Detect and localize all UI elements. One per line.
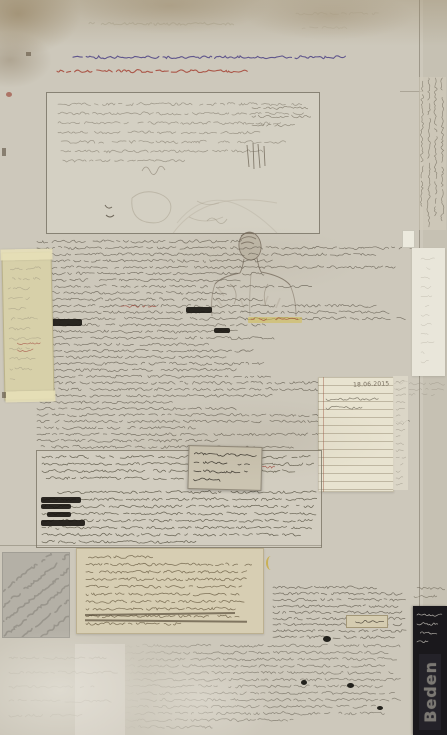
strip-pencil-notes bbox=[7, 263, 50, 384]
note-date: 18.06.2015 bbox=[353, 380, 390, 388]
redaction-mark bbox=[186, 307, 212, 313]
dream-log-box bbox=[46, 92, 320, 234]
black-spine-strip: Beden bbox=[413, 606, 447, 735]
redaction-mark bbox=[41, 504, 71, 509]
redaction-mark bbox=[41, 497, 81, 503]
spine-white-notes bbox=[416, 610, 443, 646]
scribble-sketch-square bbox=[2, 552, 70, 638]
highlighted-word-chip bbox=[346, 615, 388, 628]
small-white-label bbox=[402, 230, 415, 248]
spine-word: Beden bbox=[421, 661, 440, 723]
taped-grey-note bbox=[187, 445, 262, 491]
ink-blot bbox=[301, 680, 307, 685]
beige-note-card bbox=[76, 548, 264, 634]
vertical-writing-strip bbox=[419, 77, 446, 230]
diagonal-scribbles bbox=[2, 552, 70, 638]
journal-page-photo: 18.06.2015 bbox=[0, 0, 447, 735]
edge-speck bbox=[26, 52, 31, 56]
ink-blot bbox=[323, 636, 331, 642]
faint-ghost-cursive bbox=[88, 16, 238, 30]
divider-rule bbox=[0, 545, 322, 546]
white-strip-marks bbox=[420, 254, 438, 366]
lined-note-card: 18.06.2015 bbox=[318, 377, 394, 492]
lower-right-paragraph bbox=[272, 584, 410, 640]
tiny-text-marks bbox=[395, 378, 406, 488]
spine-label-box: Beden bbox=[419, 654, 441, 730]
note-above-spine bbox=[413, 584, 445, 600]
bottom-paragraph bbox=[123, 642, 410, 730]
card-handwriting bbox=[85, 553, 255, 627]
red-ink-words bbox=[250, 316, 300, 322]
dream-log-sketch bbox=[47, 93, 319, 233]
redaction-mark bbox=[41, 520, 85, 526]
red-ink-words bbox=[120, 303, 160, 309]
red-speck bbox=[6, 92, 12, 97]
vertical-writing bbox=[419, 77, 446, 230]
edge-speck bbox=[2, 392, 6, 398]
edge-speck bbox=[2, 148, 6, 156]
header-line-blue-ink bbox=[72, 50, 347, 63]
chip-handwriting bbox=[350, 618, 384, 625]
paragraph-box bbox=[36, 450, 322, 548]
ink-blot bbox=[377, 706, 383, 710]
ink-blot bbox=[347, 683, 354, 688]
tape-piece bbox=[0, 248, 52, 260]
yellow-paren-mark bbox=[266, 556, 276, 570]
taped-note-handwriting bbox=[193, 449, 258, 485]
redaction-mark bbox=[47, 512, 71, 517]
strip-red-notes bbox=[16, 339, 40, 353]
taped-yellow-strip bbox=[1, 251, 54, 400]
tiny-text-column bbox=[393, 376, 408, 490]
redaction-mark bbox=[214, 328, 230, 333]
white-paper-strip bbox=[412, 248, 445, 376]
note-handwriting bbox=[325, 394, 383, 412]
bleed-through-text bbox=[8, 650, 126, 722]
tape-piece bbox=[5, 390, 55, 402]
header-line-red-ink bbox=[56, 64, 251, 77]
faint-ghost-marks bbox=[295, 6, 395, 34]
paragraph-handwriting bbox=[41, 453, 317, 545]
faint-edge-notes bbox=[408, 381, 446, 397]
